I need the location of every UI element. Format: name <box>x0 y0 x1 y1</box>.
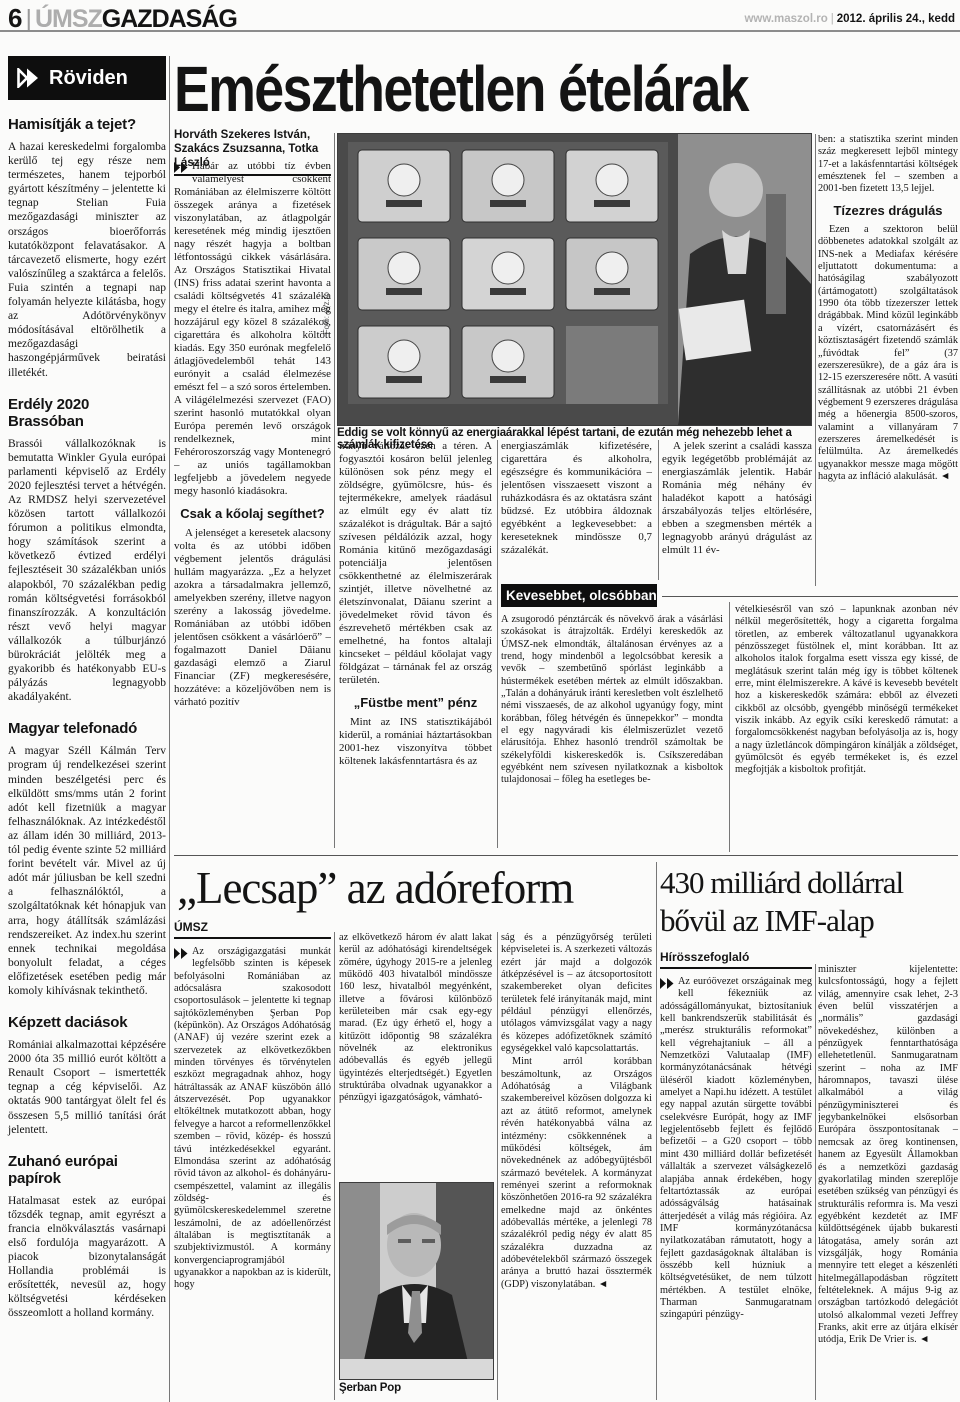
paragraph: az elkövetkező három év alatt lakat kerü… <box>339 932 492 1105</box>
imf-column-1: Az euróövezet országainak meg kell fékez… <box>660 976 812 1400</box>
subhead-tizezres: Tízezres drágulás <box>818 205 958 217</box>
header-separator: | <box>21 5 35 33</box>
kevesebbet-column-a: A zsugorodó pénztárcák és növekvő árak a… <box>501 614 723 852</box>
newspaper-page: 6|ÚMSZGAZDASÁG www.maszol.ro|2012. ápril… <box>0 0 960 1402</box>
sidebar-article-title: Képzett daciások <box>8 1014 166 1031</box>
paragraph: A zsugorodó pénztárcák és növekvő árak a… <box>501 614 723 787</box>
paragraph: vételkiesésről van szó – lapunknak azonb… <box>735 604 958 777</box>
column-divider <box>815 964 816 1400</box>
column-divider <box>497 440 498 848</box>
article-column-1: Habár az utóbbi tíz évben valamelyest cs… <box>174 160 331 848</box>
double-chevron-icon <box>17 68 40 88</box>
sidebar-article-body: Brassói vállalkozóknak is bemutatta Wink… <box>8 437 166 705</box>
main-article-photo <box>337 133 812 426</box>
paragraph: A jelenséget a keresetek alacsony volta … <box>174 527 331 709</box>
imf-column-2: miniszter kijelentette: kulcsfontosságú,… <box>818 964 958 1400</box>
article-column-5: ben: a statisztika szerint minden száz m… <box>818 134 958 586</box>
serban-pop-portrait <box>340 1183 493 1379</box>
section-rule <box>662 596 958 597</box>
paragraph: Ezen a szektoron belül döbbenetes adatok… <box>818 224 958 483</box>
article-start-icon <box>174 162 188 177</box>
kevesebbet-column-b: vételkiesésről van szó – lapunknak azonb… <box>735 604 958 852</box>
page-header-meta: www.maszol.ro|2012. április 24., kedd <box>744 13 955 25</box>
bottom-section-rule <box>174 855 958 856</box>
byline-line1: Horváth Szekeres István, <box>174 128 331 142</box>
sidebar-header-label: Röviden <box>49 67 128 90</box>
paragraph: energiaszámlák kifizetésére, cigarettára… <box>501 440 652 557</box>
lecsap-column-1: Az országigazgatási munkát legfelsőbb sz… <box>174 946 331 1400</box>
paragraph: Mint arról korábban beszámoltunk, az Ors… <box>501 1056 652 1291</box>
sidebar-article-title: Zuhanó európai papírok <box>8 1153 166 1187</box>
paragraph: Mint az INS statisztikájából kiderül, a … <box>339 716 492 768</box>
article-start-icon <box>660 978 674 993</box>
column-divider <box>656 862 657 1400</box>
subhead-fustbe: „Füstbe ment” pénz <box>339 696 492 709</box>
sidebar-article-title: Erdély 2020 Brassóban <box>8 396 166 430</box>
header-rule <box>0 30 960 32</box>
lecsap-column-3: ság és a pénzügyőrség területi képvisele… <box>501 932 652 1400</box>
paragraph: ság és a pénzügyőrség területi képvisele… <box>501 932 652 1055</box>
article-column-2: irányú változás ezen a téren. A fogyaszt… <box>339 440 492 848</box>
paragraph: A jelek szerint a családi kassza egyik l… <box>662 440 812 557</box>
main-headline: Emészthetetlen ételárak <box>174 52 748 126</box>
sidebar-header-bar: Röviden <box>8 56 166 100</box>
sidebar-article-body: A magyar Széll Kálmán Terv program új re… <box>8 744 166 998</box>
column-divider <box>334 133 335 848</box>
sidebar-article-body: Romániai alkalmazottai képzésére 2000 ót… <box>8 1038 166 1137</box>
issue-day: kedd <box>928 13 955 25</box>
column-divider <box>815 134 816 586</box>
paragraph: ben: a statisztika szerint minden száz m… <box>818 134 958 196</box>
column-divider <box>497 932 498 1400</box>
imf-headline-line2: bővül az IMF-alap <box>660 902 903 940</box>
lecsap-headline: „Lecsap” az adóreform <box>177 862 573 914</box>
sidebar-article-title: Hamisítják a tejet? <box>8 116 166 133</box>
sidebar-divider <box>169 56 170 1402</box>
imf-headline-line1: 430 milliárd dollárral <box>660 864 903 902</box>
article-column-3: energiaszámlák kifizetésére, cigarettára… <box>501 440 652 578</box>
site-url: www.maszol.ro <box>744 13 827 25</box>
page-number: 6 <box>8 3 21 33</box>
imf-byline: Hírösszefoglaló <box>660 950 812 969</box>
subhead-kolaj: Csak a kőolaj segíthet? <box>174 507 331 520</box>
serban-pop-photo <box>339 1182 494 1380</box>
header-separator-2: | <box>828 13 837 25</box>
column-divider <box>658 440 659 580</box>
lecsap-byline: ÚMSZ <box>174 920 331 939</box>
sidebar-article: Magyar telefonadó A magyar Széll Kálmán … <box>8 720 166 998</box>
sidebar-roviden: Röviden Hamisítják a tejet? A hazai kere… <box>8 56 166 1321</box>
sidebar-article: Erdély 2020 Brassóban Brassói vállalkozó… <box>8 396 166 705</box>
column-divider <box>334 932 335 1400</box>
paragraph: miniszter kijelentette: kulcsfontosságú,… <box>818 964 958 1347</box>
paragraph: Habár az utóbbi tíz évben valamelyest cs… <box>174 160 331 497</box>
sidebar-article: Hamisítják a tejet? A hazai kereskedelmi… <box>8 116 166 380</box>
imf-headline: 430 milliárd dollárral bővül az IMF-alap <box>660 864 903 940</box>
lecsap-column-2: az elkövetkező három év alatt lakat kerü… <box>339 932 492 1178</box>
sidebar-article: Képzett daciások Romániai alkalmazottai … <box>8 1014 166 1137</box>
article-start-icon <box>174 948 188 963</box>
kevesebbet-header-bar: Kevesebbet, olcsóbban <box>501 584 657 607</box>
brand-umsz: ÚMSZ <box>35 5 102 33</box>
sidebar-article: Zuhanó európai papírok Hatalmasat estek … <box>8 1153 166 1321</box>
electricity-meters-photo <box>338 134 811 425</box>
issue-date: 2012. április 24., <box>837 13 928 25</box>
article-column-4: A jelek szerint a családi kassza egyik l… <box>662 440 812 578</box>
paragraph: Az országigazgatási munkát legfelsőbb sz… <box>174 946 331 1290</box>
sidebar-article-body: Hatalmasat estek az európai tőzsdék tegn… <box>8 1194 166 1321</box>
sidebar-article-body: A hazai kereskedelmi forgalomba kerülő t… <box>8 140 166 380</box>
sidebar-article-title: Magyar telefonadó <box>8 720 166 737</box>
serban-pop-caption: Şerban Pop <box>339 1382 492 1394</box>
paragraph: irányú változás ezen a téren. A fogyaszt… <box>339 440 492 687</box>
brand-section: GAZDASÁG <box>102 5 237 33</box>
paragraph: Az euróövezet országainak meg kell fékez… <box>660 976 812 1320</box>
column-divider <box>729 602 730 852</box>
